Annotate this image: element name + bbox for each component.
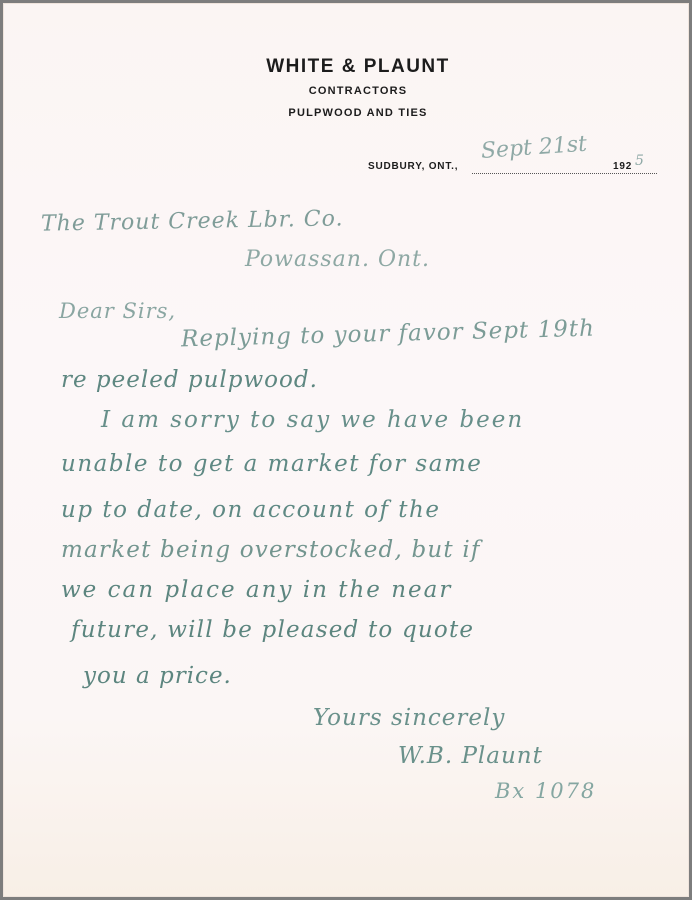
body-line: I am sorry to say we have been [101, 407, 524, 433]
body-line: unable to get a market for same [61, 451, 482, 477]
letter-paper: WHITE & PLAUNT CONTRACTORS PULPWOOD AND … [3, 3, 689, 897]
handwritten-year-digit: 5 [635, 153, 644, 169]
closing: Yours sincerely [313, 705, 505, 731]
body-line: Replying to your favor Sept 19th [181, 316, 595, 353]
body-line: market being overstocked, but if [61, 537, 481, 563]
dateline-dotted-rule [472, 173, 657, 174]
recipient-location: Powassan. Ont. [245, 247, 430, 272]
letterhead-line-pulpwood: PULPWOOD AND TIES [3, 103, 692, 123]
body-line: up to date, on account of the [61, 497, 440, 523]
letterhead: WHITE & PLAUNT CONTRACTORS PULPWOOD AND … [3, 55, 692, 123]
salutation: Dear Sirs, [59, 299, 176, 323]
dateline-place: SUDBURY, ONT., [368, 161, 458, 172]
body-line: you a price. [83, 663, 232, 689]
body-line: we can place any in the near [61, 577, 452, 603]
scan-frame: WHITE & PLAUNT CONTRACTORS PULPWOOD AND … [0, 0, 692, 900]
signature: W.B. Plaunt [398, 743, 543, 769]
company-name: WHITE & PLAUNT [3, 55, 692, 79]
body-line: future, will be pleased to quote [71, 617, 474, 643]
body-line: re peeled pulpwood. [61, 367, 318, 393]
recipient-name: The Trout Creek Lbr. Co. [41, 206, 344, 236]
dateline-year-printed: 192 [613, 161, 632, 172]
box-number-annotation: Bx 1078 [495, 779, 596, 803]
letterhead-line-contractors: CONTRACTORS [3, 81, 692, 101]
